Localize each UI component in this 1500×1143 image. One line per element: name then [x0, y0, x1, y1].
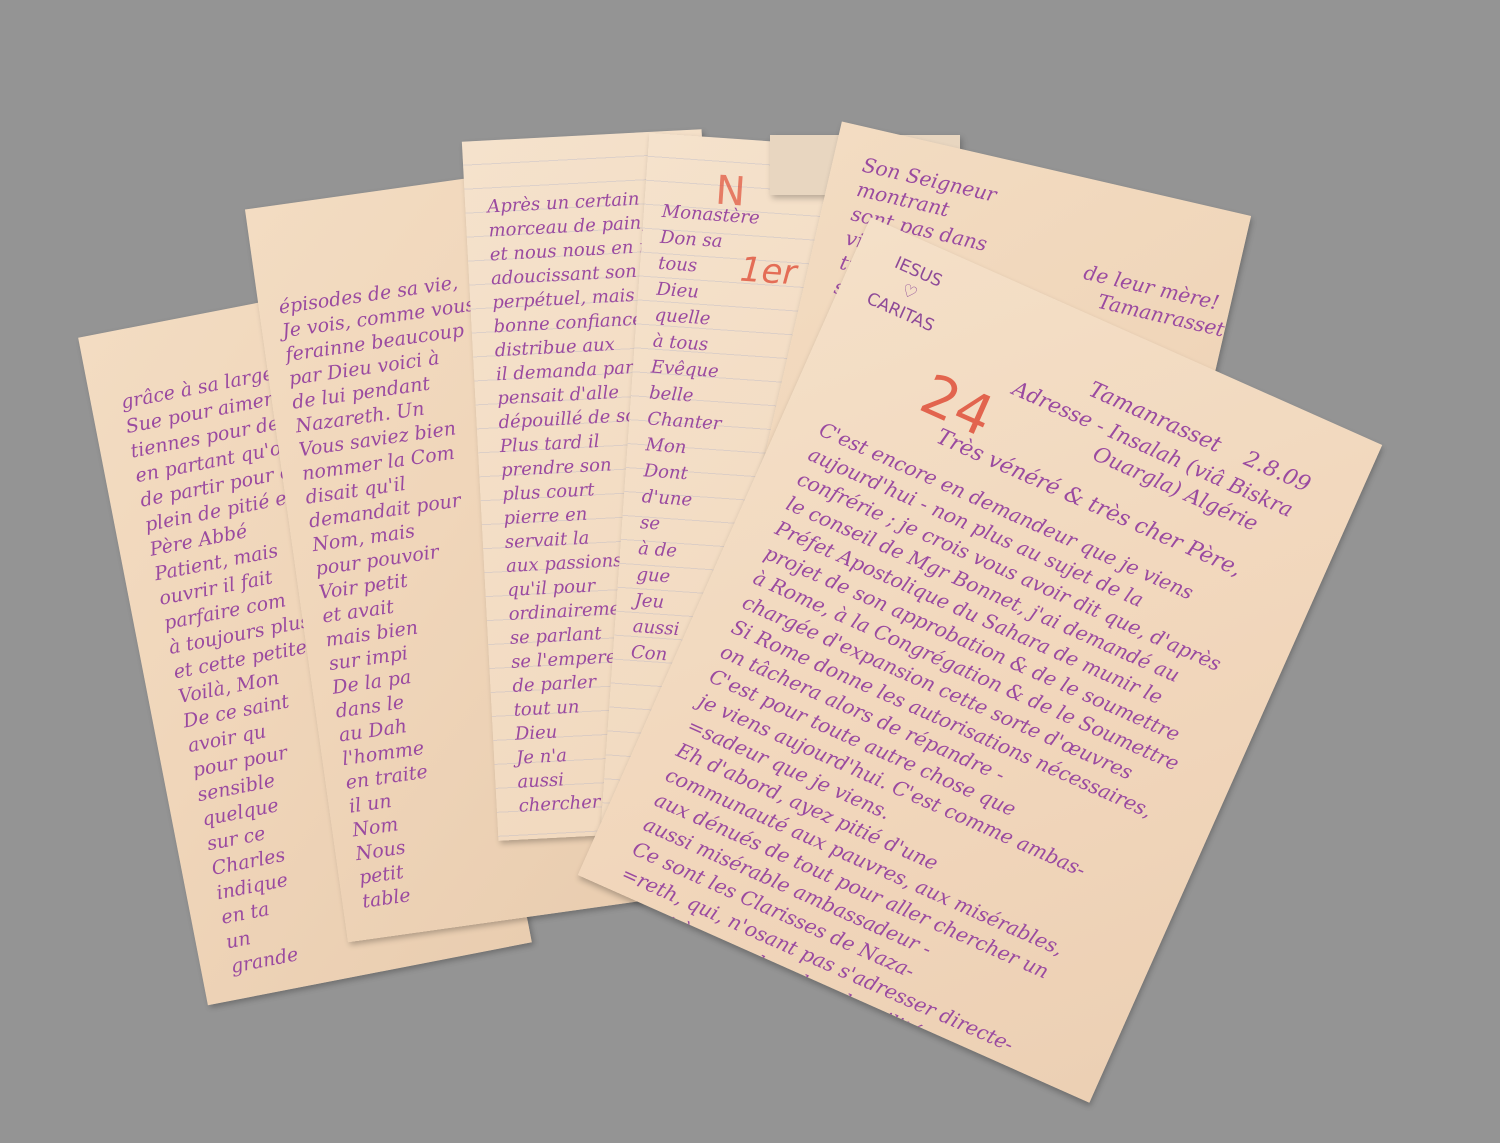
iesus-caritas-header: IESUS ♡ CARITAS: [863, 248, 955, 338]
letters-photo: grâce à sa large Sue pour aimer Dieu tie…: [0, 0, 1500, 1143]
